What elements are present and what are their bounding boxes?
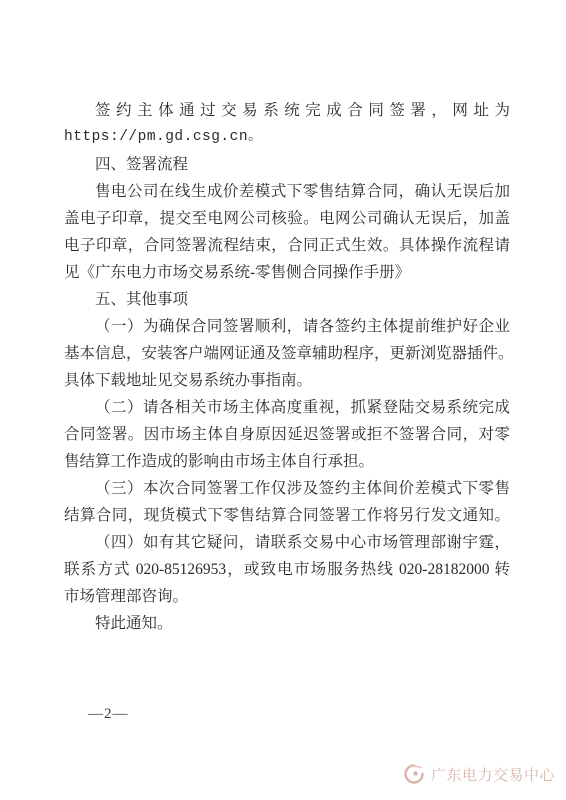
- document-line: 签约主体通过交易系统完成合同签署，网址为: [64, 97, 510, 124]
- document-line: 基本信息，安装客户端网证通及签章辅助程序，更新浏览器插件。: [64, 340, 510, 367]
- footer-logo-label: 广东电力交易中心: [431, 764, 555, 785]
- document-line: 结算合同，现货模式下零售结算合同签署工作将另行发文通知。: [64, 502, 510, 529]
- document-page: 签约主体通过交易系统完成合同签署，网址为 https://pm.gd.csg.c…: [0, 0, 566, 800]
- document-line: （二）请各相关市场主体高度重视，抓紧登陆交易系统完成: [64, 394, 510, 421]
- document-line-url: https://pm.gd.csg.cn。: [64, 124, 510, 151]
- document-line: 售结算工作造成的影响由市场主体自行承担。: [64, 448, 510, 475]
- document-line: （三）本次合同签署工作仅涉及签约主体间价差模式下零售: [64, 475, 510, 502]
- document-line: 具体下载地址见交易系统办事指南。: [64, 367, 510, 394]
- document-line: 见《广东电力市场交易系统-零售侧合同操作手册》: [64, 259, 510, 286]
- document-line: 合同签署。因市场主体自身原因延迟签署或拒不签署合同，对零: [64, 421, 510, 448]
- footer-logo: 广东电力交易中心: [402, 762, 555, 786]
- section-heading: 四、签署流程: [64, 151, 510, 178]
- document-line: （一）为确保合同签署顺利，请各签约主体提前维护好企业: [64, 313, 510, 340]
- page-number: —2—: [88, 706, 129, 723]
- document-line: 特此通知。: [64, 610, 510, 637]
- document-line: 市场管理部咨询。: [64, 583, 510, 610]
- document-line: 电子印章，合同签署流程结束，合同正式生效。具体操作流程请: [64, 232, 510, 259]
- notice-body: 签约主体通过交易系统完成合同签署，网址为 https://pm.gd.csg.c…: [64, 97, 510, 637]
- document-line: 盖电子印章，提交至电网公司核验。电网公司确认无误后，加盖: [64, 205, 510, 232]
- section-heading: 五、其他事项: [64, 286, 510, 313]
- power-exchange-logo-icon: [402, 762, 426, 786]
- document-line: （四）如有其它疑问，请联系交易中心市场管理部谢宇霆，: [64, 529, 510, 556]
- document-line: 售电公司在线生成价差模式下零售结算合同，确认无误后加: [64, 178, 510, 205]
- document-line: 联系方式 020-85126953，或致电市场服务热线 020-28182000…: [64, 556, 510, 583]
